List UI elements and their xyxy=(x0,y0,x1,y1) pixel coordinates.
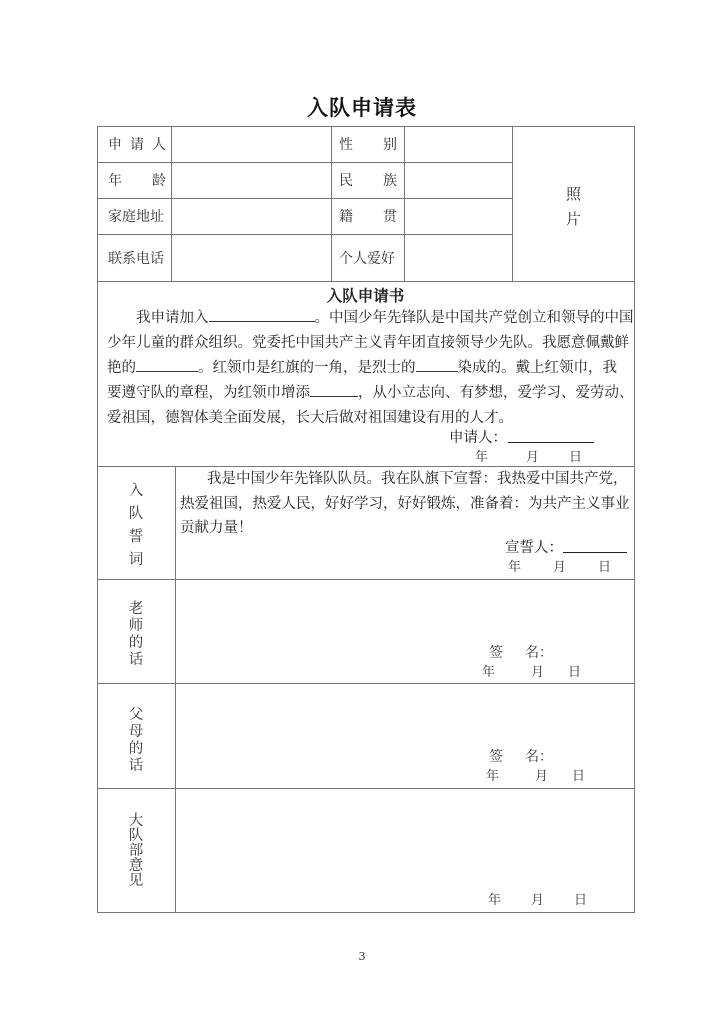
blank-glory[interactable] xyxy=(310,382,358,397)
ethnicity-field[interactable] xyxy=(405,163,512,198)
label-char: 队 xyxy=(97,503,175,526)
label-home-address: 家庭地址 xyxy=(108,198,168,234)
photo-label-char: 片 xyxy=(513,207,634,232)
photo-label-char: 照 xyxy=(513,182,634,207)
sign-char: 名： xyxy=(525,746,553,766)
label-char: 籍 xyxy=(339,206,353,226)
native-place-field[interactable] xyxy=(405,199,512,234)
teacher-label: 老 师 的 话 xyxy=(97,601,175,669)
label-applicant: 申 请 人 xyxy=(108,126,166,162)
brigade-label: 大 队 部 意 见 xyxy=(97,814,175,889)
label-contact-phone: 联系电话 xyxy=(108,234,168,281)
applicant-field[interactable] xyxy=(172,127,331,162)
text: 艳的 xyxy=(107,360,136,376)
petition-signature-line[interactable] xyxy=(508,441,594,443)
table-border-right xyxy=(634,126,635,913)
petition-heading: 入队申请书 xyxy=(97,283,634,308)
day-label: 日 xyxy=(598,556,611,575)
label-char: 申 xyxy=(108,134,122,154)
label-char: 族 xyxy=(383,170,397,190)
sign-char: 签 xyxy=(489,642,503,662)
label-text: 个人爱好 xyxy=(339,248,395,268)
month-label: 月 xyxy=(535,765,548,784)
label-char: 母 xyxy=(97,724,175,741)
day-label: 日 xyxy=(568,661,581,680)
label-char: 见 xyxy=(97,874,175,889)
label-char: 民 xyxy=(339,170,353,190)
label-native-place: 籍 贯 xyxy=(339,198,397,234)
petition-line-1: 我申请加入。中国少年先锋队是中国共产党创立和领导的中国 xyxy=(136,306,634,331)
photo-box[interactable]: 照 片 xyxy=(513,127,634,281)
text: 要遵守队的章程，为红领巾增添 xyxy=(107,385,310,401)
oath-signature-line[interactable] xyxy=(563,551,627,553)
month-label: 月 xyxy=(526,446,539,465)
label-text: 家庭地址 xyxy=(108,206,164,226)
label-char: 大 xyxy=(97,814,175,829)
label-char: 的 xyxy=(97,741,175,758)
parents-label: 父 母 的 话 xyxy=(97,707,175,775)
brigade-comment-area[interactable] xyxy=(176,789,634,879)
age-field[interactable] xyxy=(172,163,331,198)
label-char: 贯 xyxy=(383,206,397,226)
label-char: 意 xyxy=(97,859,175,874)
gender-field[interactable] xyxy=(405,127,512,162)
oath-line-1: 我是中国少年先锋队队员。我在队旗下宣誓：我热爱中国共产党， xyxy=(207,467,628,492)
day-label: 日 xyxy=(572,765,585,784)
blank-blood[interactable] xyxy=(416,357,458,372)
oath-line-3: 贡献力量！ xyxy=(180,516,253,541)
label-char: 请 xyxy=(130,134,144,154)
month-label: 月 xyxy=(531,661,544,680)
year-label: 年 xyxy=(482,661,495,680)
label-char: 词 xyxy=(97,549,175,572)
oath-label: 入 队 誓 词 xyxy=(97,480,175,572)
label-text: 联系电话 xyxy=(108,248,164,268)
petition-line-3: 艳的。红领巾是红旗的一角，是烈士的染成的。戴上红领巾，我 xyxy=(107,356,617,381)
label-char: 父 xyxy=(97,707,175,724)
label-ethnicity: 民 族 xyxy=(339,162,397,198)
petition-line-4: 要遵守队的章程，为红领巾增添，从小立志向、有梦想，爱学习、爱劳动、 xyxy=(107,381,634,406)
month-label: 月 xyxy=(553,556,566,575)
label-char: 师 xyxy=(97,618,175,635)
contact-phone-field[interactable] xyxy=(172,235,331,281)
day-label: 日 xyxy=(569,446,582,465)
divider xyxy=(331,126,332,281)
text: ，从小立志向、有梦想，爱学习、爱劳动、 xyxy=(358,385,634,401)
year-label: 年 xyxy=(475,446,488,465)
text: 。红领巾是红旗的一角，是烈士的 xyxy=(198,360,416,376)
month-label: 月 xyxy=(531,889,544,908)
divider xyxy=(97,281,634,282)
petition-line-2: 少年儿童的群众组织。党委托中国共产主义青年团直接领导少先队。我愿意佩戴鲜 xyxy=(107,331,629,356)
year-label: 年 xyxy=(488,889,501,908)
page-number: 3 xyxy=(0,950,724,963)
label-char: 老 xyxy=(97,601,175,618)
sign-char: 名： xyxy=(525,642,553,662)
oath-line-2: 热爱祖国，热爱人民，好好学习，好好锻炼，准备着：为共产主义事业 xyxy=(180,492,630,517)
home-address-field[interactable] xyxy=(172,199,331,234)
text: 我申请加入 xyxy=(136,310,209,326)
label-char: 别 xyxy=(383,134,397,154)
label-char: 人 xyxy=(152,134,166,154)
year-label: 年 xyxy=(508,556,521,575)
label-age: 年 龄 xyxy=(108,162,166,198)
label-char: 龄 xyxy=(152,170,166,190)
label-char: 的 xyxy=(97,635,175,652)
label-char: 性 xyxy=(339,134,353,154)
label-hobbies: 个人爱好 xyxy=(339,234,401,281)
table-border-bottom xyxy=(97,912,634,913)
label-gender: 性 别 xyxy=(339,126,397,162)
hobbies-field[interactable] xyxy=(405,235,512,281)
label-char: 部 xyxy=(97,844,175,859)
blank-organization[interactable] xyxy=(209,307,315,322)
label-char: 队 xyxy=(97,829,175,844)
year-label: 年 xyxy=(486,765,499,784)
sign-char: 签 xyxy=(489,746,503,766)
text: 染成的。戴上红领巾，我 xyxy=(458,360,618,376)
photo-label: 照 片 xyxy=(513,182,634,232)
label-char: 话 xyxy=(97,758,175,775)
blank-scarf[interactable] xyxy=(136,357,198,372)
label-char: 誓 xyxy=(97,526,175,549)
parents-comment-area[interactable] xyxy=(176,684,634,744)
text: 。中国少年先锋队是中国共产党创立和领导的中国 xyxy=(315,310,634,326)
day-label: 日 xyxy=(574,889,587,908)
page-title: 入队申请表 xyxy=(0,92,724,122)
label-char: 年 xyxy=(108,170,122,190)
label-char: 话 xyxy=(97,652,175,669)
teacher-comment-area[interactable] xyxy=(176,580,634,640)
label-char: 入 xyxy=(97,480,175,503)
